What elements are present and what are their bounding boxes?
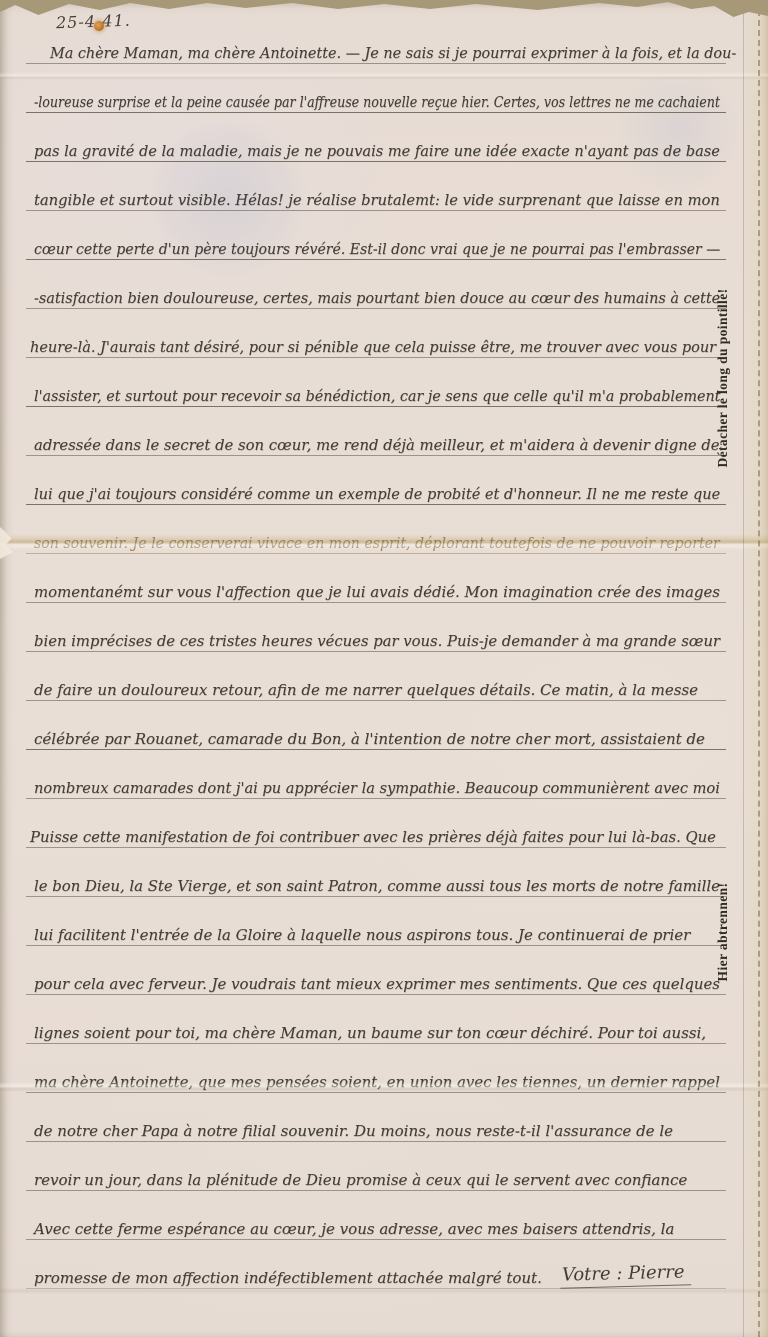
- letter-line: Avec cette ferme espérance au cœur, je v…: [26, 1191, 726, 1240]
- handwritten-text: Puisse cette manifestation de foi contri…: [30, 828, 716, 846]
- handwritten-text: lui facilitent l'entrée de la Gloire à l…: [34, 926, 690, 944]
- handwritten-text: Ma chère Maman, ma chère Antoinette. — J…: [50, 44, 736, 62]
- handwritten-text: l'assister, et surtout pour recevoir sa …: [34, 387, 720, 405]
- letter-line: de notre cher Papa à notre filial souven…: [26, 1093, 726, 1142]
- letter-line: l'assister, et surtout pour recevoir sa …: [26, 358, 726, 407]
- fold-crease: [0, 72, 768, 80]
- handwritten-text: de faire un douloureux retour, afin de m…: [34, 681, 698, 699]
- letter-line: revoir un jour, dans la plénitude de Die…: [26, 1142, 726, 1191]
- handwritten-text: Avec cette ferme espérance au cœur, je v…: [34, 1220, 674, 1238]
- handwritten-text: tangible et surtout visible. Hélas! je r…: [34, 191, 720, 209]
- perforation-dotted-line: [758, 0, 760, 1337]
- handwritten-text: lignes soient pour toi, ma chère Maman, …: [34, 1024, 706, 1042]
- handwritten-text: célébrée par Rouanet, camarade du Bon, à…: [34, 730, 705, 748]
- handwritten-text: le bon Dieu, la Ste Vierge, et son saint…: [34, 877, 720, 895]
- letter-line: pas la gravité de la maladie, mais je ne…: [26, 113, 726, 162]
- handwritten-text: de notre cher Papa à notre filial souven…: [34, 1122, 673, 1140]
- letter-line: Ma chère Maman, ma chère Antoinette. — J…: [26, 15, 726, 64]
- handwritten-text: cœur cette perte d'un père toujours révé…: [34, 240, 720, 258]
- rust-spot: [94, 21, 104, 31]
- letter-line: bien imprécises de ces tristes heures vé…: [26, 603, 726, 652]
- letter-line: nombreux camarades dont j'ai pu apprécie…: [26, 750, 726, 799]
- letter-body: Ma chère Maman, ma chère Antoinette. — J…: [26, 15, 726, 1289]
- letter-line: lui facilitent l'entrée de la Gloire à l…: [26, 897, 726, 946]
- letter-line: le bon Dieu, la Ste Vierge, et son saint…: [26, 848, 726, 897]
- fold-crease: [0, 1082, 768, 1092]
- letter-line: pour cela avec ferveur. Je voudrais tant…: [26, 946, 726, 995]
- margin-rule-line: [743, 0, 744, 1337]
- letter-line: cœur cette perte d'un père toujours révé…: [26, 211, 726, 260]
- handwritten-text: nombreux camarades dont j'ai pu apprécie…: [34, 779, 720, 797]
- letter-line: momentanémt sur vous l'affection que je …: [26, 554, 726, 603]
- handwritten-text: lui que j'ai toujours considéré comme un…: [34, 485, 720, 503]
- tear-off-margin: [744, 0, 768, 1337]
- handwritten-text: momentanémt sur vous l'affection que je …: [34, 583, 720, 601]
- letter-line: tangible et surtout visible. Hélas! je r…: [26, 162, 726, 211]
- margin-note-german: Hier abtrennen!: [715, 883, 731, 982]
- handwritten-text: promesse de mon affection indéfectibleme…: [34, 1269, 542, 1287]
- handwritten-text: -satisfaction bien douloureuse, certes, …: [34, 289, 720, 307]
- letter-line: adressée dans le secret de son cœur, me …: [26, 407, 726, 456]
- letter-paper: 25-4-41. Ma chère Maman, ma chère Antoin…: [0, 0, 768, 1337]
- fold-crease-stained: [0, 534, 768, 550]
- margin-note-french: Détacher le long du pointillé!: [715, 289, 731, 468]
- handwritten-text: revoir un jour, dans la plénitude de Die…: [34, 1171, 687, 1189]
- handwritten-text: pas la gravité de la maladie, mais je ne…: [34, 142, 720, 160]
- letter-line: célébrée par Rouanet, camarade du Bon, à…: [26, 701, 726, 750]
- letter-closing-line: promesse de mon affection indéfectibleme…: [26, 1240, 726, 1289]
- signature: Votre : Pierre: [560, 1261, 691, 1288]
- letter-line: Puisse cette manifestation de foi contri…: [26, 799, 726, 848]
- handwritten-text: adressée dans le secret de son cœur, me …: [34, 436, 720, 454]
- letter-line: -satisfaction bien douloureuse, certes, …: [26, 260, 726, 309]
- letter-line: lignes soient pour toi, ma chère Maman, …: [26, 995, 726, 1044]
- letter-line: de faire un douloureux retour, afin de m…: [26, 652, 726, 701]
- letter-line: lui que j'ai toujours considéré comme un…: [26, 456, 726, 505]
- handwritten-text: bien imprécises de ces tristes heures vé…: [34, 632, 720, 650]
- handwritten-text: -loureuse surprise et la peine causée pa…: [34, 93, 720, 111]
- handwritten-text: heure-là. J'aurais tant désiré, pour si …: [30, 338, 716, 356]
- letter-line: heure-là. J'aurais tant désiré, pour si …: [26, 309, 726, 358]
- fold-crease: [0, 1288, 768, 1294]
- handwritten-text: pour cela avec ferveur. Je voudrais tant…: [34, 975, 720, 993]
